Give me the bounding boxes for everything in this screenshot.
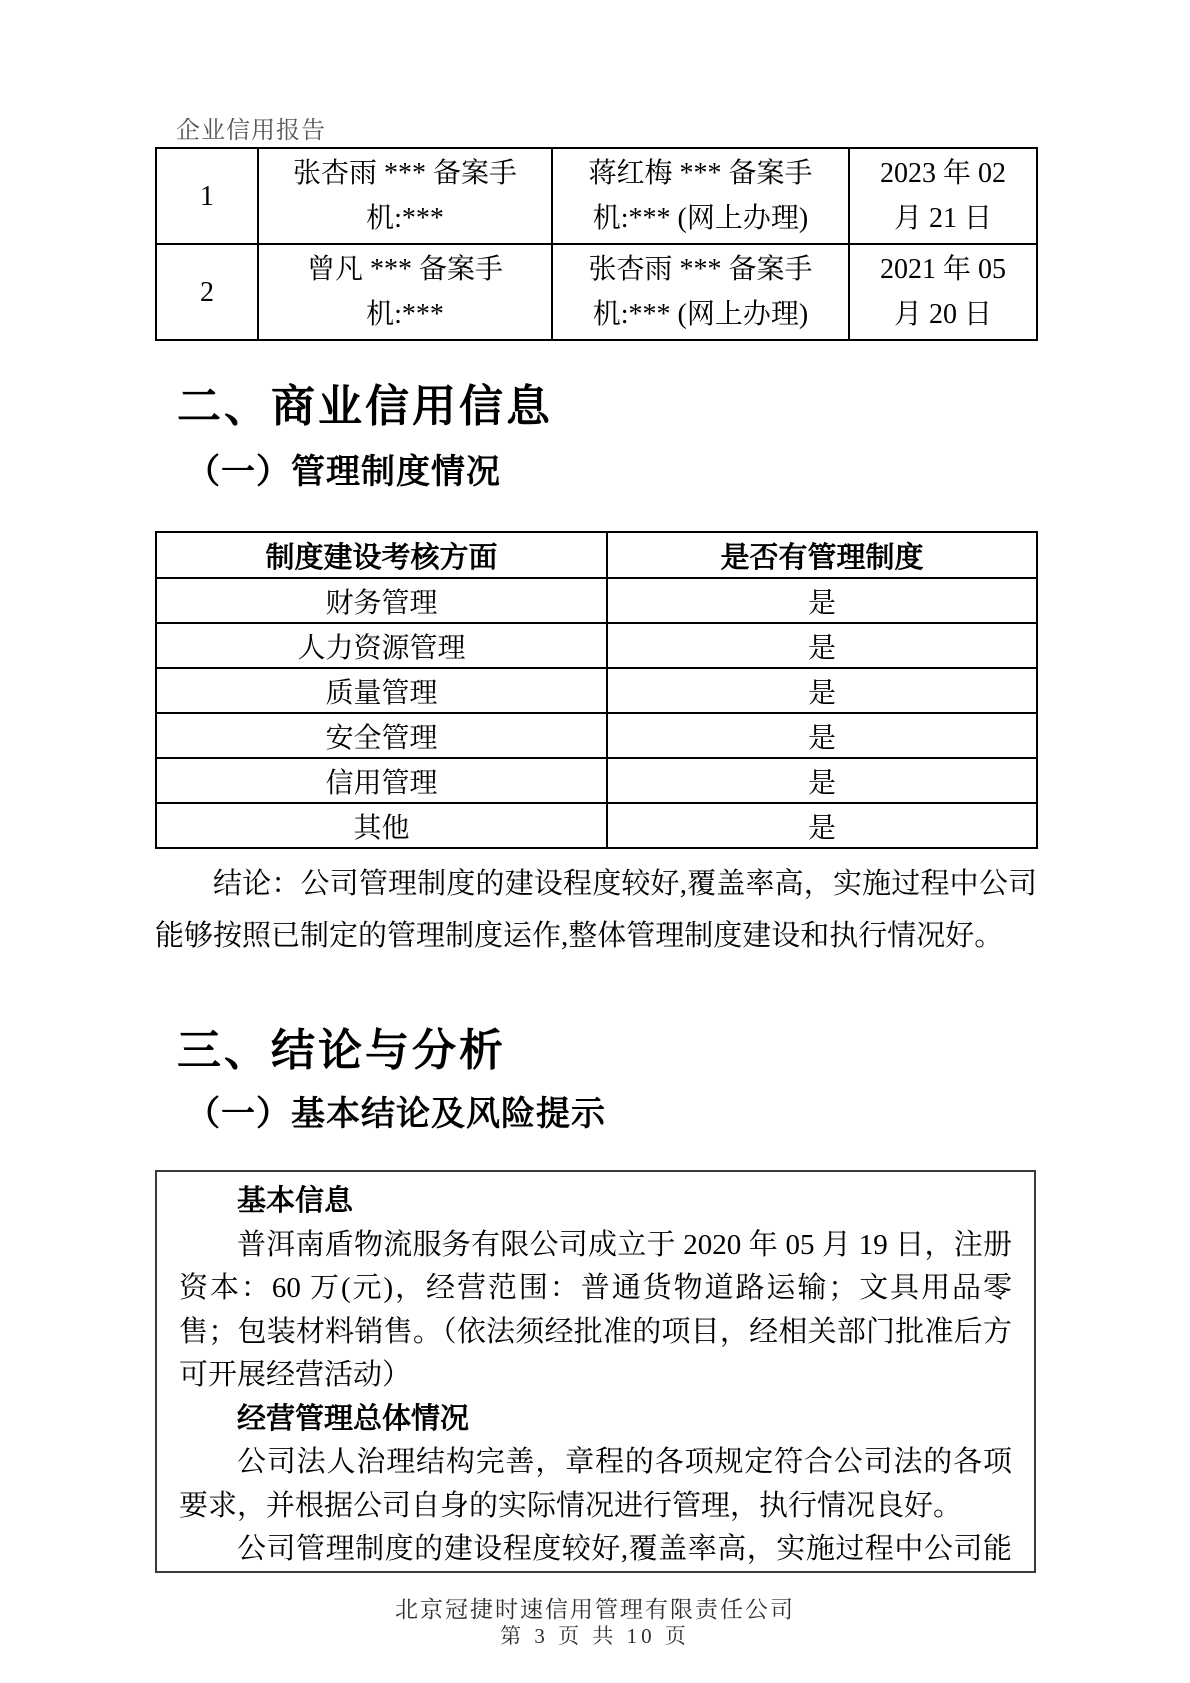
aspect-cell: 质量管理 [156,668,607,713]
phone-record-change-table: 1 张杏雨 *** 备案手机:*** 蒋红梅 *** 备案手机:*** (网上办… [155,147,1038,341]
before-change-cell: 曾凡 *** 备案手机:*** [258,244,552,340]
management-conclusion-paragraph: 结论：公司管理制度的建设程度较好,覆盖率高，实施过程中公司能够按照已制定的管理制… [155,858,1037,962]
row-index-cell: 1 [156,148,258,244]
table-header-row: 制度建设考核方面 是否有管理制度 [156,532,1037,578]
table-row: 2 曾凡 *** 备案手机:*** 张杏雨 *** 备案手机:*** (网上办理… [156,244,1037,340]
subsection-title-management-system: （一）管理制度情况 [186,444,501,493]
subsection-title-basic-conclusion: （一）基本结论及风险提示 [186,1086,606,1135]
table-row: 其他 是 [156,803,1037,848]
answer-cell: 是 [607,803,1037,848]
section-title-business-credit: 二、商业信用信息 [177,370,553,434]
management-overview-title: 经营管理总体情况 [179,1398,1012,1442]
table-row: 1 张杏雨 *** 备案手机:*** 蒋红梅 *** 备案手机:*** (网上办… [156,148,1037,244]
management-system-table: 制度建设考核方面 是否有管理制度 财务管理 是 人力资源管理 是 质量管理 是 … [155,531,1038,849]
column-header-aspect: 制度建设考核方面 [156,532,607,578]
before-change-cell: 张杏雨 *** 备案手机:*** [258,148,552,244]
section-title-conclusion-analysis: 三、结论与分析 [177,1014,506,1078]
table-row: 安全管理 是 [156,713,1037,758]
answer-cell: 是 [607,623,1037,668]
basic-info-title: 基本信息 [179,1180,1012,1224]
aspect-cell: 财务管理 [156,578,607,623]
table-row: 信用管理 是 [156,758,1037,803]
aspect-cell: 人力资源管理 [156,623,607,668]
after-change-cell: 蒋红梅 *** 备案手机:*** (网上办理) [552,148,849,244]
change-date-cell: 2023 年 02 月 21 日 [849,148,1037,244]
document-page: 企业信用报告 1 张杏雨 *** 备案手机:*** 蒋红梅 *** 备案手机:*… [0,0,1190,1683]
row-index-cell: 2 [156,244,258,340]
management-overview-paragraph-1: 公司法人治理结构完善，章程的各项规定符合公司法的各项要求，并根据公司自身的实际情… [179,1441,1012,1528]
aspect-cell: 其他 [156,803,607,848]
answer-cell: 是 [607,668,1037,713]
answer-cell: 是 [607,578,1037,623]
conclusion-summary-box: 基本信息 普洱南盾物流服务有限公司成立于 2020 年 05 月 19 日，注册… [155,1170,1036,1573]
aspect-cell: 安全管理 [156,713,607,758]
report-header-label: 企业信用报告 [176,110,326,145]
management-overview-paragraph-2: 公司管理制度的建设程度较好,覆盖率高，实施过程中公司能够 [179,1528,1012,1573]
aspect-cell: 信用管理 [156,758,607,803]
table-row: 质量管理 是 [156,668,1037,713]
answer-cell: 是 [607,758,1037,803]
table-row: 财务管理 是 [156,578,1037,623]
column-header-has-system: 是否有管理制度 [607,532,1037,578]
table-row: 人力资源管理 是 [156,623,1037,668]
answer-cell: 是 [607,713,1037,758]
change-date-cell: 2021 年 05 月 20 日 [849,244,1037,340]
after-change-cell: 张杏雨 *** 备案手机:*** (网上办理) [552,244,849,340]
footer-page-number: 第 3 页 共 10 页 [0,1620,1190,1650]
basic-info-paragraph: 普洱南盾物流服务有限公司成立于 2020 年 05 月 19 日，注册资本：60… [179,1224,1012,1398]
